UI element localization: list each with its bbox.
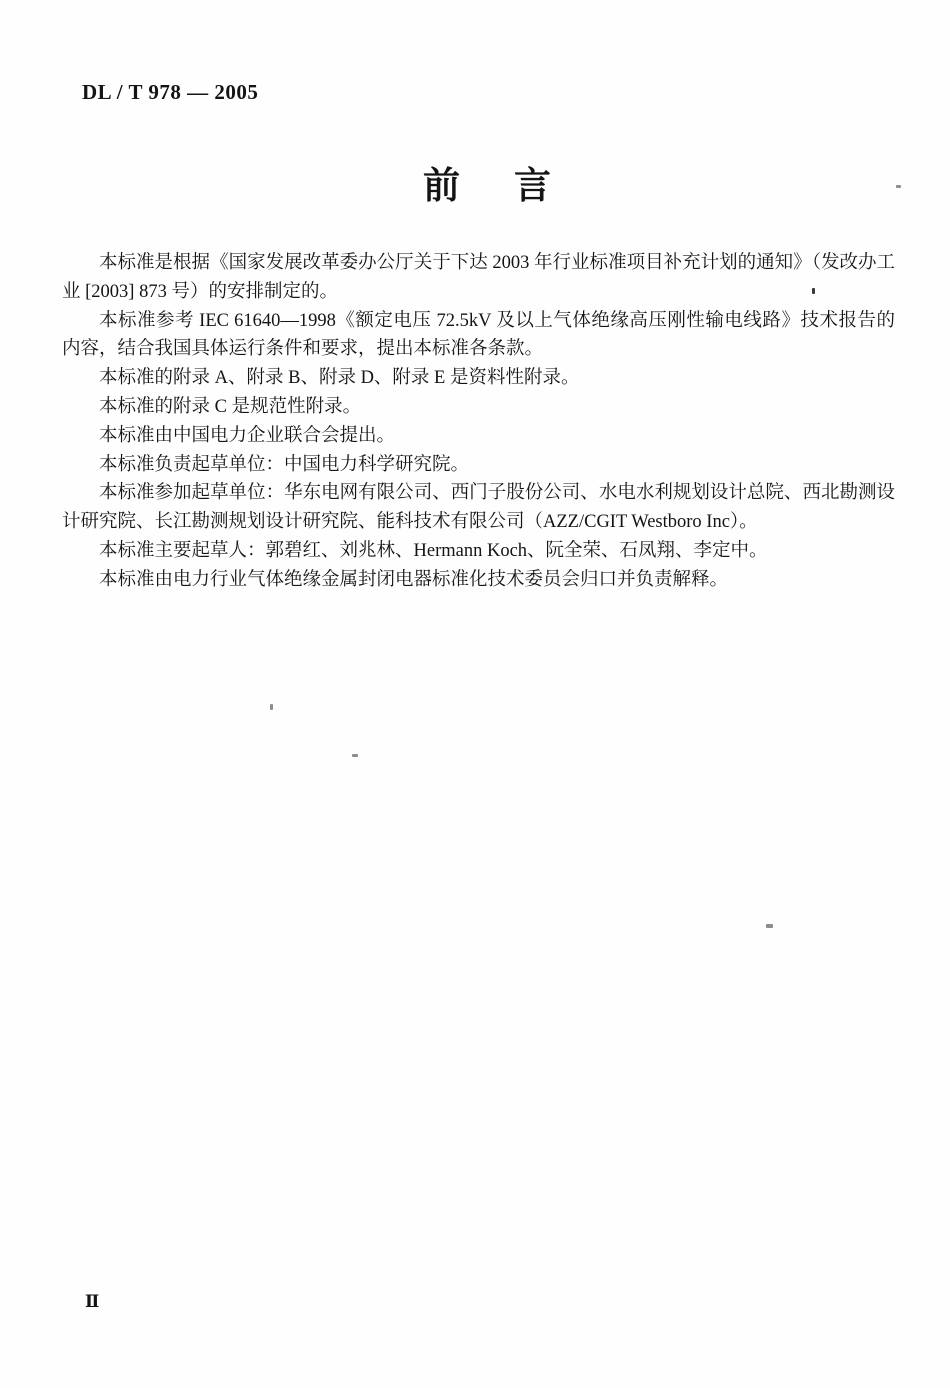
page-number: Ⅱ bbox=[85, 1292, 99, 1312]
scan-speck bbox=[896, 185, 901, 188]
page-title: 前 言 bbox=[12, 166, 950, 207]
standard-number-header: DL / T 978 — 2005 bbox=[82, 80, 258, 105]
page-title-char-2: 言 bbox=[514, 166, 551, 207]
paragraph-reference: 本标准参考 IEC 61640—1998《额定电压 72.5kV 及以上气体绝缘… bbox=[62, 307, 895, 365]
paragraph-proposer: 本标准由中国电力企业联合会提出。 bbox=[62, 422, 895, 451]
paragraph-basis: 本标准是根据《国家发展改革委办公厅关于下达 2003 年行业标准项目补充计划的通… bbox=[62, 249, 895, 307]
scan-speck bbox=[270, 704, 273, 710]
paragraph-drafters: 本标准主要起草人：郭碧红、刘兆林、Hermann Koch、阮全荣、石凤翔、李定… bbox=[62, 537, 895, 566]
scan-speck bbox=[812, 288, 815, 294]
scanned-document-page: DL / T 978 — 2005 前 言 本标准是根据《国家发展改革委办公厅关… bbox=[0, 0, 950, 1388]
foreword-body: 本标准是根据《国家发展改革委办公厅关于下达 2003 年行业标准项目补充计划的通… bbox=[62, 249, 895, 595]
paragraph-chief-drafting-org: 本标准负责起草单位：中国电力科学研究院。 bbox=[62, 451, 895, 480]
paragraph-normative-annex: 本标准的附录 C 是规范性附录。 bbox=[62, 393, 895, 422]
scan-speck bbox=[352, 754, 358, 757]
scan-speck bbox=[766, 924, 773, 928]
paragraph-informative-annexes: 本标准的附录 A、附录 B、附录 D、附录 E 是资料性附录。 bbox=[62, 364, 895, 393]
page-title-char-1: 前 bbox=[423, 166, 460, 207]
paragraph-interpretation: 本标准由电力行业气体绝缘金属封闭电器标准化技术委员会归口并负责解释。 bbox=[62, 566, 895, 595]
paragraph-participating-orgs: 本标准参加起草单位：华东电网有限公司、西门子股份公司、水电水利规划设计总院、西北… bbox=[62, 479, 895, 537]
